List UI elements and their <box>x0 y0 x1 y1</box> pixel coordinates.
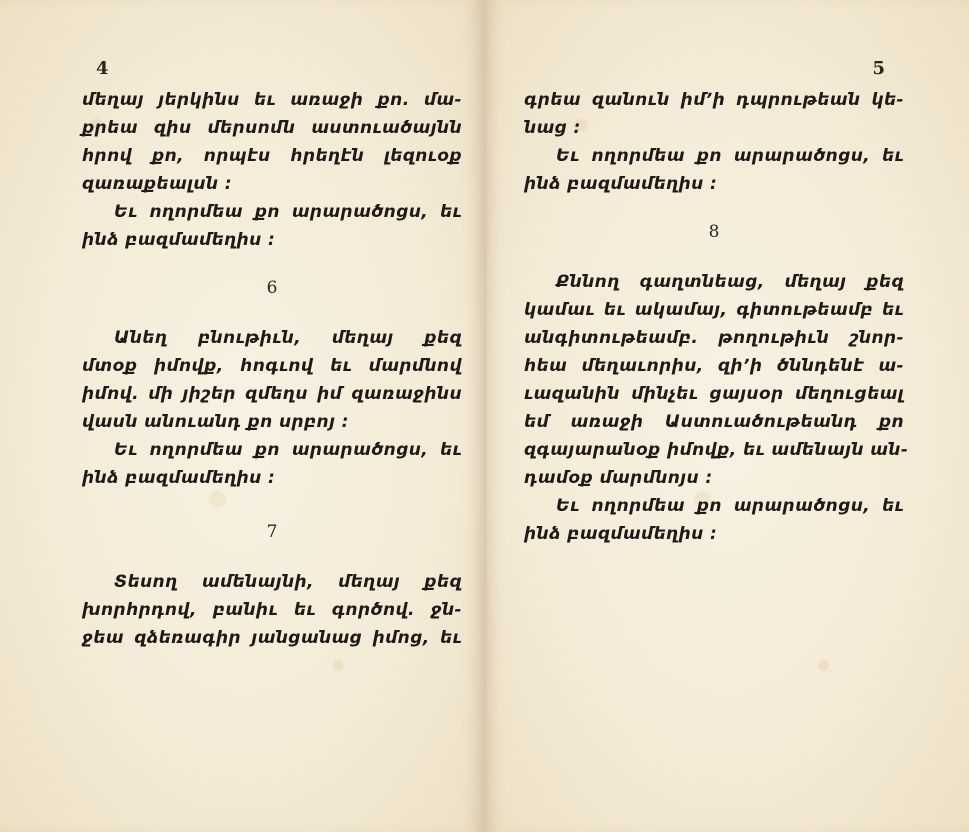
verse-8: Քննող գաղտնեաց, մեղայ քեզ կամաւ եւ ակամա… <box>524 268 904 548</box>
refrain-line: ինձ բազմամեղիս ։ <box>524 170 904 198</box>
book-spread: 4 մեղայ յերկինս եւ առաջի քո. մա- քրեա զի… <box>0 0 969 832</box>
verse-6: Անեղ բնութիւն, մեղայ քեզ մտօք իմովք, հոգ… <box>82 324 462 492</box>
text-line: նաց ։ <box>524 114 904 142</box>
refrain-line: ինձ բազմամեղիս ։ <box>82 464 462 492</box>
refrain-line: Եւ ողորմեա քո արարածոցս, եւ <box>82 198 462 226</box>
text-line: ջեա զձեռագիր յանցանաց իմոց, եւ <box>82 624 462 652</box>
text-line: զառաքեալսն ։ <box>82 170 462 198</box>
text-line: խորհրդով, բանիւ եւ գործով. ջն- <box>82 596 462 624</box>
refrain-line: Եւ ողորմեա քո արարածոցս, եւ <box>524 142 904 170</box>
left-page: 4 մեղայ յերկինս եւ առաջի քո. մա- քրեա զի… <box>0 0 484 832</box>
right-page: 5 գրեա զանուն իմ՚ի դպրութեան կե- նաց ։ Ե… <box>484 0 969 832</box>
refrain-line: ինձ բազմամեղիս ։ <box>82 226 462 254</box>
page-number: 5 <box>524 58 969 86</box>
verse-number: 6 <box>82 278 462 298</box>
text-line: ւազանին մինչեւ ցայսօր մեղուցեալ <box>524 380 904 408</box>
text-line: հրով քո, որպէս հրեղէն լեզուօք <box>82 142 462 170</box>
text-line: մտօք իմովք, հոգւով եւ մարմնով <box>82 352 462 380</box>
text-line: գրեա զանուն իմ՚ի դպրութեան կե- <box>524 86 904 114</box>
text-line: եմ առաջի Աստուածութեանդ քո <box>524 408 904 436</box>
text-line: դամօք մարմնոյս ։ <box>524 464 904 492</box>
verse-number: 7 <box>82 522 462 542</box>
verse-7: Տեսող ամենայնի, մեղայ քեզ խորհրդով, բանի… <box>82 568 462 652</box>
text-line: Անեղ բնութիւն, մեղայ քեզ <box>82 324 462 352</box>
verse-number: 8 <box>524 222 904 242</box>
refrain-line: ինձ բազմամեղիս ։ <box>524 520 904 548</box>
text-block: գրեա զանուն իմ՚ի դպրութեան կե- նաց ։ Եւ … <box>524 86 904 198</box>
text-line: քրեա զիս մերսոմն աստուածայնն <box>82 114 462 142</box>
text-line: կամաւ եւ ակամայ, գիտութեամբ եւ <box>524 296 904 324</box>
text-line: մեղայ յերկինս եւ առաջի քո. մա- <box>82 86 462 114</box>
text-block: մեղայ յերկինս եւ առաջի քո. մա- քրեա զիս … <box>82 86 462 254</box>
text-line: Տեսող ամենայնի, մեղայ քեզ <box>82 568 462 596</box>
text-line: Քննող գաղտնեաց, մեղայ քեզ <box>524 268 904 296</box>
text-line: վասն անուանդ քո սրբոյ ։ <box>82 408 462 436</box>
text-line: հեա մեղաւորիս, զի՚ի ծննդենէ ա- <box>524 352 904 380</box>
text-line: իմով. մի յիշեր զմեղս իմ զառաջինս <box>82 380 462 408</box>
page-number: 4 <box>96 58 483 86</box>
text-line: անգիտութեամբ. թողութիւն շնոր- <box>524 324 904 352</box>
refrain-line: Եւ ողորմեա քո արարածոցս, եւ <box>82 436 462 464</box>
text-line: զգայարանօք իմովք, եւ ամենայն ան- <box>524 436 904 464</box>
refrain-line: Եւ ողորմեա քո արարածոցս, եւ <box>524 492 904 520</box>
